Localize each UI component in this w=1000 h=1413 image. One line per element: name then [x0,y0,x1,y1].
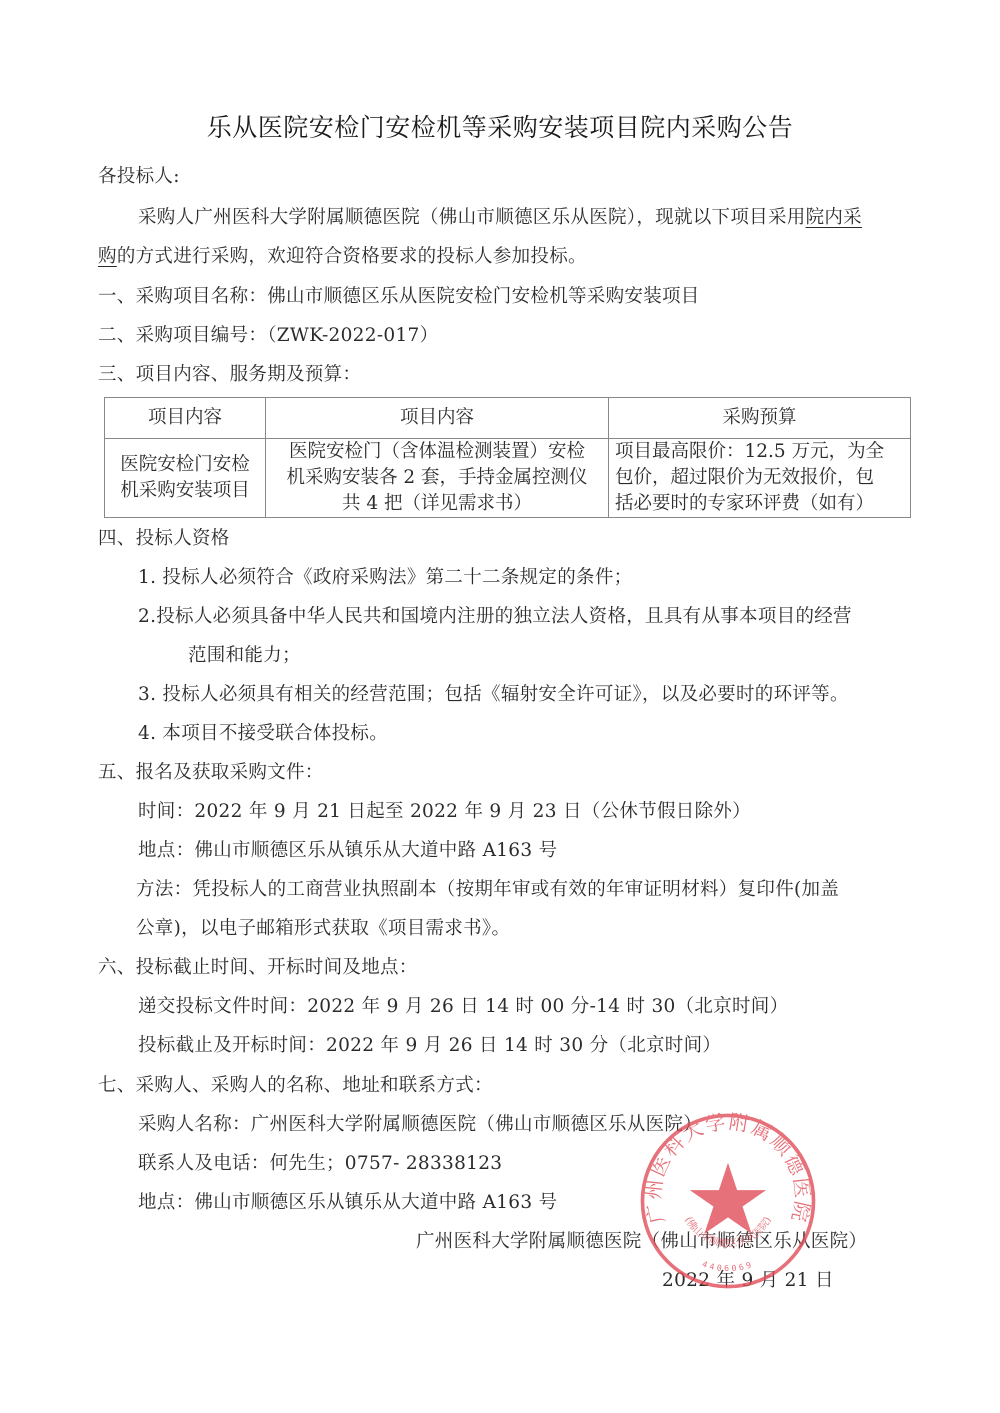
cell-line: 共 4 把（详见需求书） [272,491,602,517]
table-cell-budget: 项目最高限价：12.5 万元，为全 包价，超过限价为无效报价，包 括必要时的专家… [609,439,911,518]
intro-text: 采购人广州医科大学附属顺德医院（佛山市顺德区乐从医院），现就以下项目采用 [138,207,806,228]
qualification-item-2-cont: 范围和能力； [188,641,301,667]
section-7-heading: 七、采购人、采购人的名称、地址和联系方式： [98,1071,493,1097]
section-1-project-name: 一、采购项目名称：佛山市顺德区乐从医院安检门安检机等采购安装项目 [98,282,700,308]
purchaser-contact: 联系人及电话：何先生；0757- 28338123 [138,1149,502,1175]
salutation: 各投标人: [98,162,180,188]
cell-line: 机采购安装各 2 套，手持金属控测仪 [272,465,602,491]
intro-paragraph-line-1: 采购人广州医科大学附属顺德医院（佛山市顺德区乐从医院），现就以下项目采用院内采 [138,203,862,229]
qualification-item-3: 3. 投标人必须具有相关的经营范围；包括《辐射安全许可证》，以及必要时的环评等。 [138,680,849,706]
table-cell-project-name: 医院安检门安检 机采购安装项目 [105,439,266,518]
cell-line: 包价，超过限价为无效报价，包 [615,465,904,491]
cell-line: 项目最高限价：12.5 万元，为全 [615,439,904,465]
table-row: 医院安检门安检 机采购安装项目 医院安检门（含体温检测装置）安检 机采购安装各 … [105,439,911,518]
cell-line: 括必要时的专家环评费（如有） [615,491,904,517]
section-6-heading: 六、投标截止时间、开标时间及地点： [98,953,418,979]
procurement-method-underlined: 院内采 [806,207,862,228]
intro-text-cont: 的方式进行采购，欢迎符合资格要求的投标人参加投标。 [117,246,587,267]
table-header-row: 项目内容 项目内容 采购预算 [105,398,911,439]
registration-time: 时间：2022 年 9 月 21 日起至 2022 年 9 月 23 日（公休节… [138,797,751,823]
signature-date: 2022 年 9 月 21 日 [662,1266,834,1292]
table-cell-project-content: 医院安检门（含体温检测装置）安检 机采购安装各 2 套，手持金属控测仪 共 4 … [266,439,609,518]
official-seal-stamp-icon: 广州医科大学附属顺德医院 (佛山市顺德区乐从医院) 4406069 [637,1110,819,1292]
procurement-method-underlined-cont: 购 [98,246,117,267]
qualification-item-4: 4. 本项目不接受联合体投标。 [138,719,388,745]
qualification-item-2: 2.投标人必须具备中华人民共和国境内注册的独立法人资格，且具有从事本项目的经营 [138,602,852,628]
purchaser-address: 地点：佛山市顺德区乐从镇乐从大道中路 A163 号 [138,1188,557,1214]
table-header-cell: 项目内容 [266,398,609,439]
section-2-project-number: 二、采购项目编号：（ZWK-2022-017） [98,321,438,347]
cell-line: 医院安检门（含体温检测装置）安检 [272,439,602,465]
opening-time: 投标截止及开标时间：2022 年 9 月 26 日 14 时 30 分（北京时间… [138,1031,721,1057]
page-title: 乐从医院安检门安检机等采购安装项目院内采购公告 [0,108,1000,144]
table-header-cell: 采购预算 [609,398,911,439]
section-4-heading: 四、投标人资格 [98,524,230,550]
signature-organization: 广州医科大学附属顺德医院（佛山市顺德区乐从医院） [416,1227,867,1253]
section-5-heading: 五、报名及获取采购文件： [98,758,324,784]
intro-paragraph-line-2: 购的方式进行采购，欢迎符合资格要求的投标人参加投标。 [98,242,587,268]
registration-method-cont: 公章)，以电子邮箱形式获取《项目需求书》。 [136,914,510,940]
purchaser-name: 采购人名称：广州医科大学附属顺德医院（佛山市顺德区乐从医院） [138,1110,702,1136]
registration-place: 地点：佛山市顺德区乐从镇乐从大道中路 A163 号 [138,836,557,862]
project-budget-table: 项目内容 项目内容 采购预算 医院安检门安检 机采购安装项目 医院安检门（含体温… [104,397,911,518]
cell-line: 机采购安装项目 [111,478,259,504]
registration-method: 方法：凭投标人的工商营业执照副本（按期年审或有效的年审证明材料）复印件(加盖 [136,875,839,901]
cell-line: 医院安检门安检 [111,452,259,478]
section-3-heading: 三、项目内容、服务期及预算： [98,360,361,386]
procurement-notice-page: 乐从医院安检门安检机等采购安装项目院内采购公告 各投标人: 采购人广州医科大学附… [0,0,1000,1413]
submission-time: 递交投标文件时间：2022 年 9 月 26 日 14 时 00 分-14 时 … [138,992,788,1018]
qualification-item-1: 1. 投标人必须符合《政府采购法》第二十二条规定的条件； [138,563,632,589]
table-header-cell: 项目内容 [105,398,266,439]
